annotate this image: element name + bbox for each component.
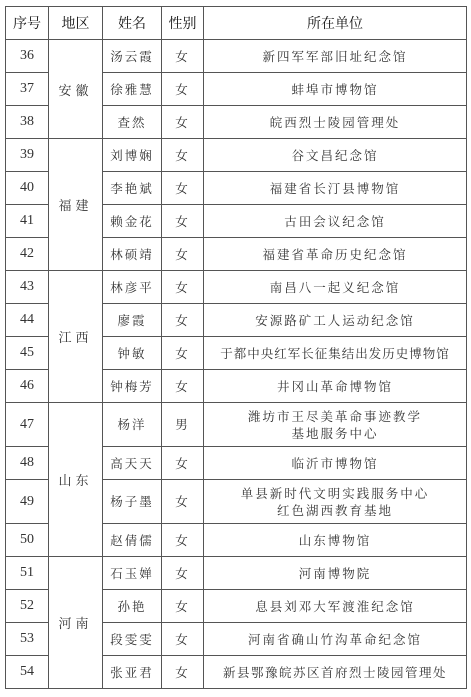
cell-name: 赖金花 <box>103 205 162 238</box>
cell-gender: 女 <box>162 557 204 590</box>
cell-name: 林彦平 <box>103 271 162 304</box>
cell-index: 36 <box>6 40 49 73</box>
cell-unit: 临沂市博物馆 <box>204 447 467 480</box>
cell-name: 李艳斌 <box>103 172 162 205</box>
cell-unit: 山东博物馆 <box>204 524 467 557</box>
cell-gender: 女 <box>162 447 204 480</box>
cell-gender: 女 <box>162 205 204 238</box>
cell-unit: 谷文昌纪念馆 <box>204 139 467 172</box>
cell-index: 51 <box>6 557 49 590</box>
cell-name: 张亚君 <box>103 656 162 689</box>
cell-unit: 河南博物院 <box>204 557 467 590</box>
cell-index: 37 <box>6 73 49 106</box>
cell-name: 廖霞 <box>103 304 162 337</box>
cell-name: 赵倩儒 <box>103 524 162 557</box>
cell-gender: 女 <box>162 590 204 623</box>
cell-index: 38 <box>6 106 49 139</box>
cell-region: 安徽 <box>49 40 103 139</box>
cell-index: 43 <box>6 271 49 304</box>
cell-unit-line: 单县新时代文明实践服务中心 <box>204 485 466 502</box>
cell-unit: 息县刘邓大军渡淮纪念馆 <box>204 590 467 623</box>
header-name: 姓名 <box>103 7 162 40</box>
cell-gender: 女 <box>162 238 204 271</box>
cell-unit: 新四军军部旧址纪念馆 <box>204 40 467 73</box>
cell-unit-line: 潍坊市王尽美革命事迹教学 <box>204 408 466 425</box>
cell-gender: 女 <box>162 271 204 304</box>
cell-name: 杨洋 <box>103 403 162 447</box>
cell-gender: 女 <box>162 304 204 337</box>
cell-unit: 新县鄂豫皖苏区首府烈士陵园管理处 <box>204 656 467 689</box>
table-row: 36 安徽 汤云霞 女 新四军军部旧址纪念馆 <box>6 40 467 73</box>
cell-unit: 单县新时代文明实践服务中心 红色湖西教育基地 <box>204 480 467 524</box>
cell-gender: 女 <box>162 106 204 139</box>
cell-name: 汤云霞 <box>103 40 162 73</box>
honoree-table: 序号 地区 姓名 性别 所在单位 36 安徽 汤云霞 女 新四军军部旧址纪念馆 … <box>5 6 467 689</box>
cell-index: 42 <box>6 238 49 271</box>
cell-index: 45 <box>6 337 49 370</box>
cell-unit: 安源路矿工人运动纪念馆 <box>204 304 467 337</box>
cell-gender: 女 <box>162 656 204 689</box>
table-row: 39 福建 刘博娴 女 谷文昌纪念馆 <box>6 139 467 172</box>
cell-unit-line: 基地服务中心 <box>204 425 466 442</box>
cell-index: 52 <box>6 590 49 623</box>
cell-index: 49 <box>6 480 49 524</box>
cell-unit: 南昌八一起义纪念馆 <box>204 271 467 304</box>
cell-index: 47 <box>6 403 49 447</box>
cell-index: 41 <box>6 205 49 238</box>
cell-unit: 福建省长汀县博物馆 <box>204 172 467 205</box>
cell-index: 46 <box>6 370 49 403</box>
cell-gender: 女 <box>162 337 204 370</box>
cell-index: 39 <box>6 139 49 172</box>
cell-index: 48 <box>6 447 49 480</box>
cell-unit: 于都中央红军长征集结出发历史博物馆 <box>204 337 467 370</box>
cell-index: 53 <box>6 623 49 656</box>
cell-region: 山东 <box>49 403 103 557</box>
cell-gender: 男 <box>162 403 204 447</box>
cell-unit-line: 红色湖西教育基地 <box>204 502 466 519</box>
header-unit: 所在单位 <box>204 7 467 40</box>
table-row: 43 江西 林彦平 女 南昌八一起义纪念馆 <box>6 271 467 304</box>
cell-unit: 福建省革命历史纪念馆 <box>204 238 467 271</box>
cell-name: 徐雅慧 <box>103 73 162 106</box>
cell-index: 50 <box>6 524 49 557</box>
table-row: 47 山东 杨洋 男 潍坊市王尽美革命事迹教学 基地服务中心 <box>6 403 467 447</box>
cell-index: 40 <box>6 172 49 205</box>
cell-name: 查然 <box>103 106 162 139</box>
cell-region: 福建 <box>49 139 103 271</box>
cell-name: 钟敏 <box>103 337 162 370</box>
cell-gender: 女 <box>162 139 204 172</box>
header-gender: 性别 <box>162 7 204 40</box>
cell-name: 林硕靖 <box>103 238 162 271</box>
cell-name: 石玉婵 <box>103 557 162 590</box>
cell-unit: 井冈山革命博物馆 <box>204 370 467 403</box>
header-region: 地区 <box>49 7 103 40</box>
cell-name: 段雯雯 <box>103 623 162 656</box>
cell-unit: 蚌埠市博物馆 <box>204 73 467 106</box>
table-row: 51 河南 石玉婵 女 河南博物院 <box>6 557 467 590</box>
cell-region: 河南 <box>49 557 103 689</box>
cell-index: 44 <box>6 304 49 337</box>
cell-gender: 女 <box>162 370 204 403</box>
cell-unit: 古田会议纪念馆 <box>204 205 467 238</box>
cell-name: 孙艳 <box>103 590 162 623</box>
cell-unit: 皖西烈士陵园管理处 <box>204 106 467 139</box>
cell-index: 54 <box>6 656 49 689</box>
cell-name: 钟梅芳 <box>103 370 162 403</box>
header-index: 序号 <box>6 7 49 40</box>
cell-name: 杨子墨 <box>103 480 162 524</box>
cell-name: 高天天 <box>103 447 162 480</box>
cell-name: 刘博娴 <box>103 139 162 172</box>
cell-gender: 女 <box>162 524 204 557</box>
table-header-row: 序号 地区 姓名 性别 所在单位 <box>6 7 467 40</box>
cell-gender: 女 <box>162 73 204 106</box>
cell-unit: 潍坊市王尽美革命事迹教学 基地服务中心 <box>204 403 467 447</box>
cell-gender: 女 <box>162 623 204 656</box>
cell-region: 江西 <box>49 271 103 403</box>
cell-unit: 河南省确山竹沟革命纪念馆 <box>204 623 467 656</box>
cell-gender: 女 <box>162 172 204 205</box>
cell-gender: 女 <box>162 40 204 73</box>
cell-gender: 女 <box>162 480 204 524</box>
